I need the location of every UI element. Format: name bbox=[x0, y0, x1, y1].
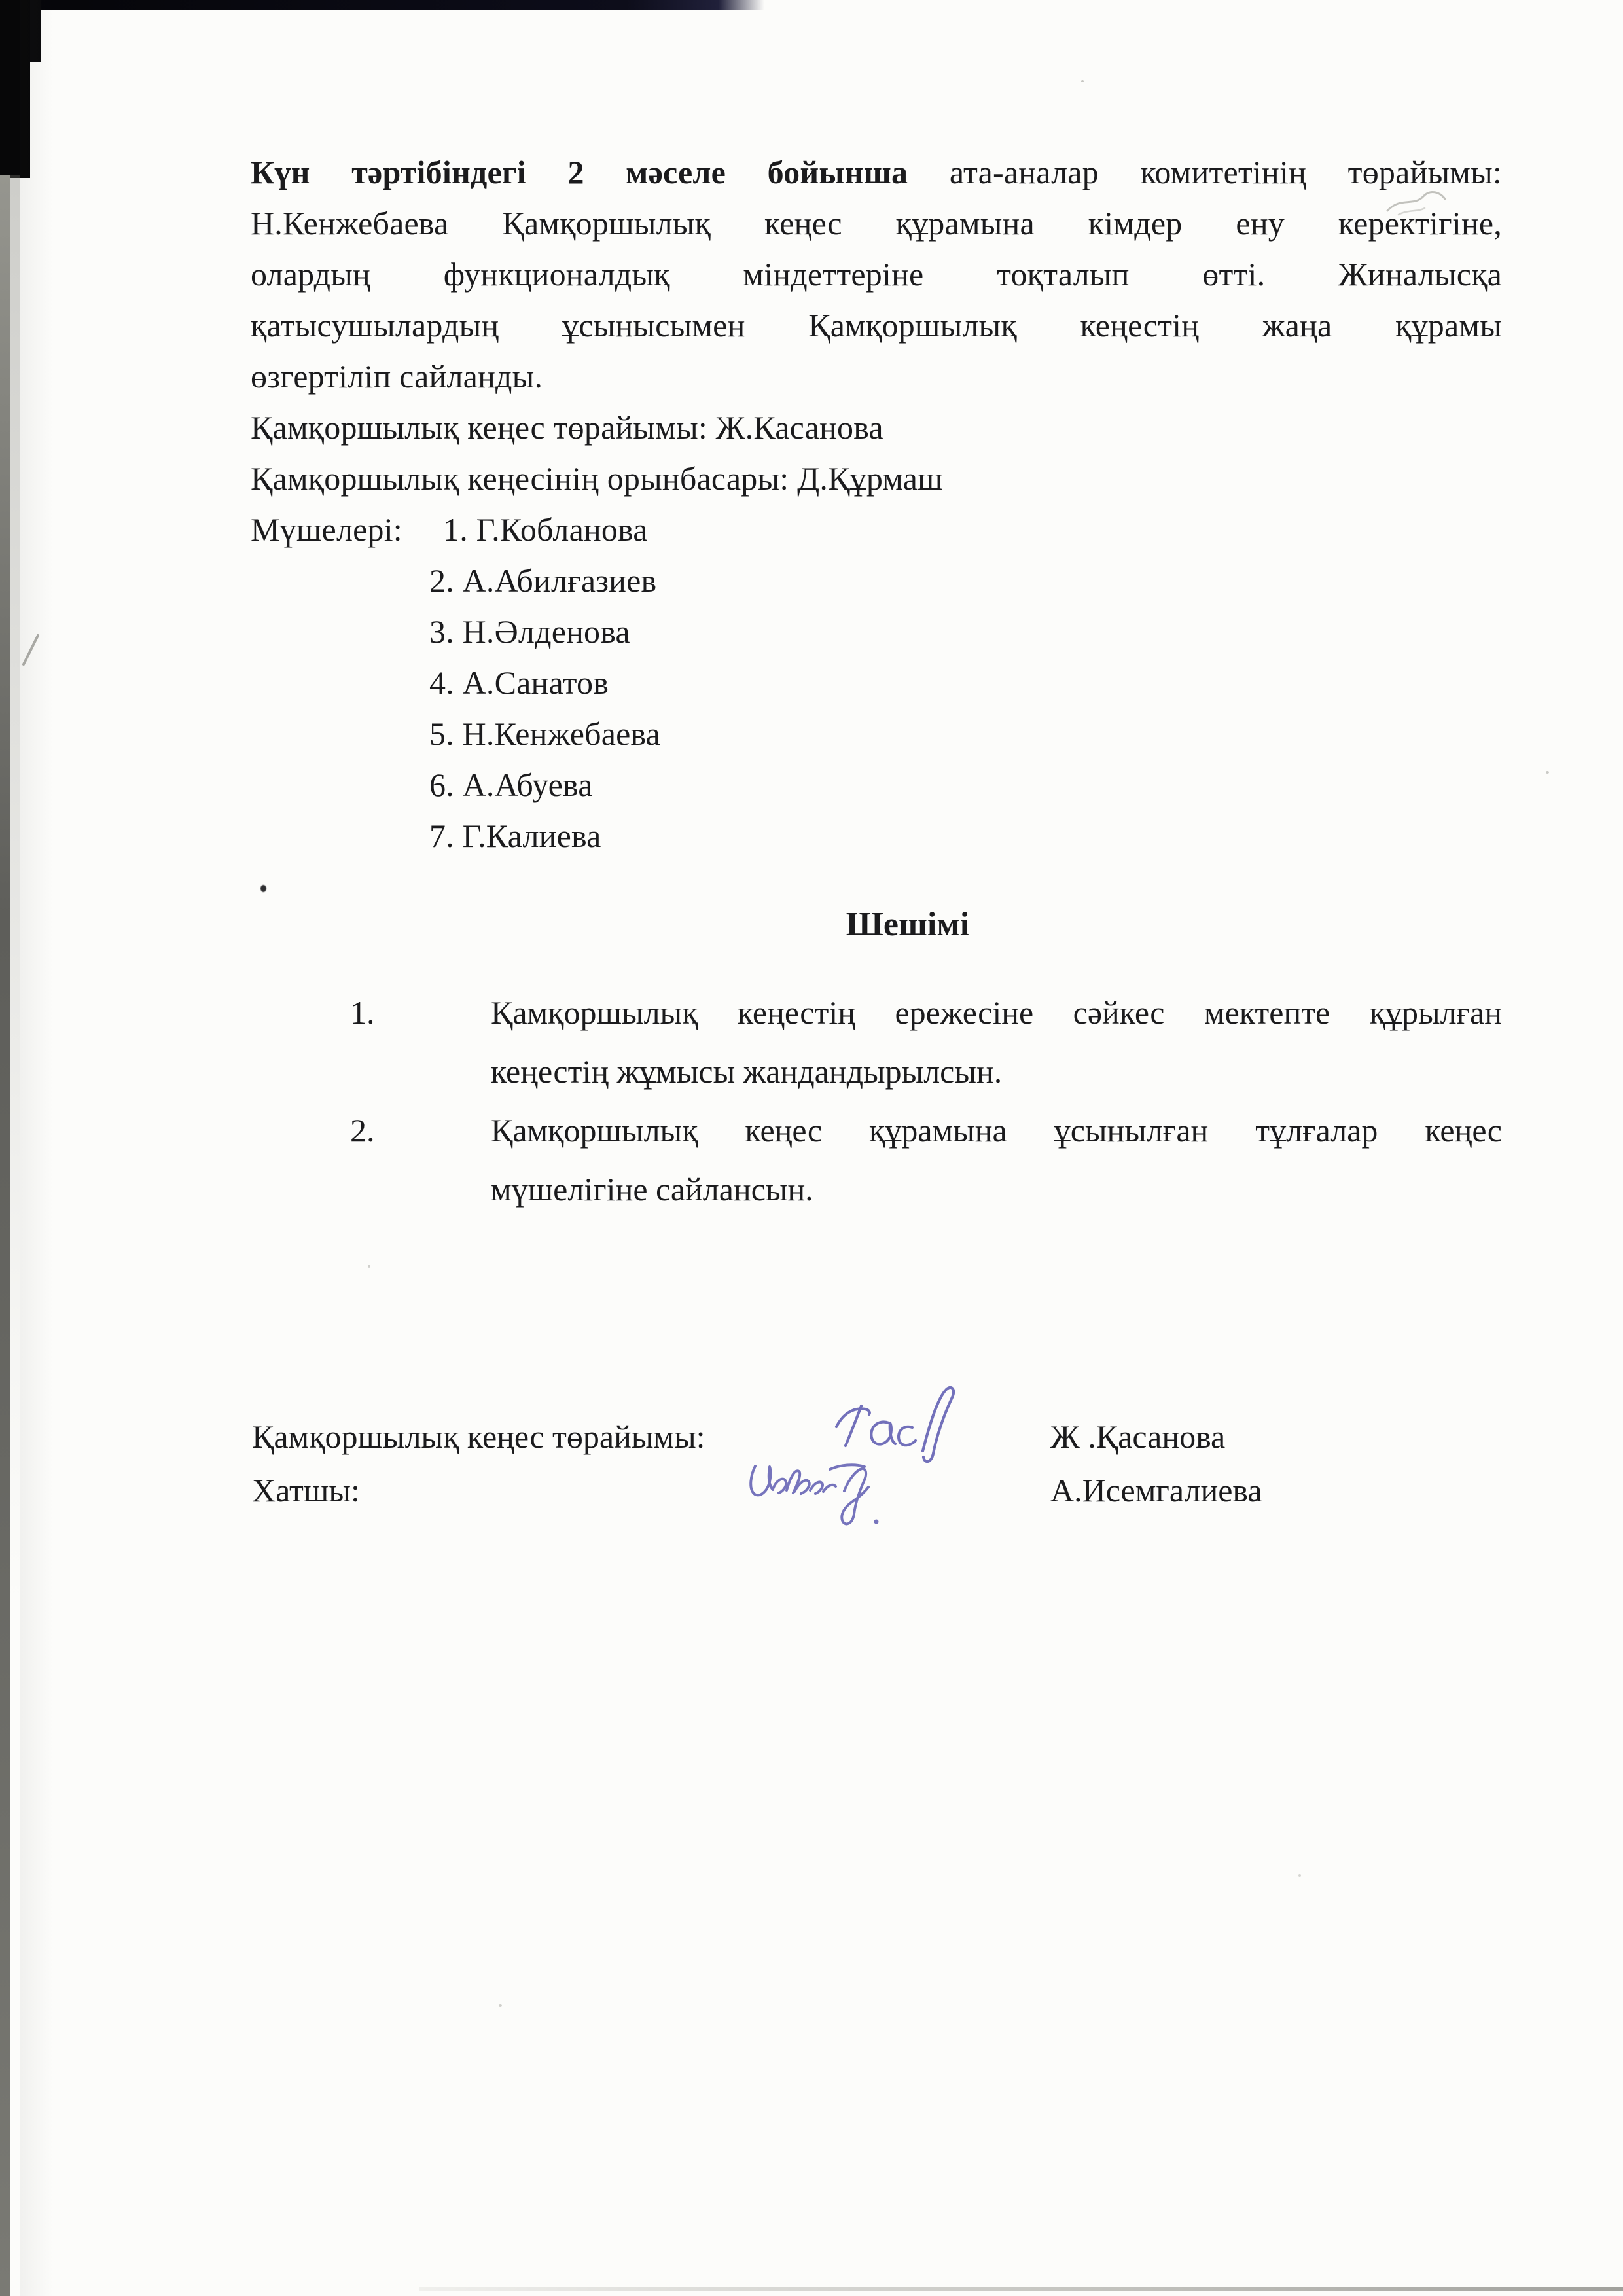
member-item: 4. А.Санатов bbox=[429, 657, 1502, 708]
secretary-signature-label: Хатшы: bbox=[252, 1463, 705, 1517]
paragraph-text: ата-аналар комитетінің төрайымы: bbox=[908, 154, 1502, 190]
scan-artifact-left-shade bbox=[20, 0, 53, 2296]
paragraph-line: Н.Кенжебаева Қамқоршылық кеңес құрамына … bbox=[251, 198, 1502, 249]
scan-speck bbox=[1546, 771, 1549, 774]
scan-artifact-left-edge bbox=[0, 175, 10, 2296]
members-heading-line: Мүшелері:1. Г.Кобланова bbox=[251, 504, 1502, 555]
scan-speck bbox=[1298, 1874, 1301, 1877]
decision-heading: Шешімі bbox=[282, 906, 1533, 944]
decision-text-line: мүшелігіне сайлансын. bbox=[491, 1160, 1502, 1219]
secretary-name: А.Исемгалиева bbox=[1050, 1463, 1262, 1517]
scan-artifact-left-edge bbox=[10, 175, 20, 1615]
decision-item: 1. Қамқоршылық кеңестің ережесіне сәйкес… bbox=[350, 983, 1502, 1101]
decision-list: 1. Қамқоршылық кеңестің ережесіне сәйкес… bbox=[350, 983, 1502, 1219]
member-item: 6. А.Абуева bbox=[429, 759, 1502, 810]
secretary-handwritten-signature bbox=[746, 1437, 904, 1533]
decision-number: 2. bbox=[350, 1101, 375, 1160]
member-item: 5. Н.Кенжебаева bbox=[429, 708, 1502, 759]
signature-names: Ж .Қасанова А.Исемгалиева bbox=[1050, 1410, 1262, 1517]
council-deputy-line: Қамқоршылық кеңесінің орынбасары: Д.Құрм… bbox=[251, 453, 1502, 504]
members-label: Мүшелері: bbox=[251, 504, 443, 555]
member-item: 3. Н.Әлденова bbox=[429, 606, 1502, 657]
council-chair-line: Қамқоршылық кеңес төрайымы: Ж.Касанова bbox=[251, 402, 1502, 453]
agenda-bold-lead: Күн тәртібіндегі 2 мәселе бойынша bbox=[251, 154, 908, 190]
chair-name: Ж .Қасанова bbox=[1050, 1410, 1262, 1463]
pencil-slash-mark bbox=[18, 632, 45, 671]
decision-item: 2. Қамқоршылық кеңес құрамына ұсынылған … bbox=[350, 1101, 1502, 1219]
decision-number: 1. bbox=[350, 983, 375, 1042]
paragraph-line: өзгертіліп сайланды. bbox=[251, 351, 1502, 402]
secretary-signature-strokes bbox=[751, 1465, 878, 1524]
decision-text-line: кеңестің жұмысы жандандырылсын. bbox=[491, 1042, 1502, 1101]
member-item: 2. А.Абилғазиев bbox=[429, 555, 1502, 606]
scan-speck bbox=[1081, 80, 1084, 82]
scan-speck bbox=[499, 2004, 502, 2007]
member-item: 7. Г.Калиева bbox=[429, 810, 1502, 861]
scan-artifact-top-band bbox=[0, 0, 764, 10]
ink-dot-artifact bbox=[260, 885, 266, 892]
decision-text-line: Қамқоршылық кеңес құрамына ұсынылған тұл… bbox=[491, 1101, 1502, 1160]
decision-text: Қамқоршылық кеңестің ережесіне сәйкес ме… bbox=[491, 983, 1502, 1101]
decision-text: Қамқоршылық кеңес құрамына ұсынылған тұл… bbox=[491, 1101, 1502, 1219]
scan-artifact-bottom-edge bbox=[419, 2287, 1623, 2291]
paragraph-line: олардың функционалдық міндеттеріне тоқта… bbox=[251, 249, 1502, 300]
paragraph-line: қатысушылардың ұсынысымен Қамқоршылық ке… bbox=[251, 300, 1502, 351]
signature-labels: Қамқоршылық кеңес төрайымы: Хатшы: bbox=[252, 1410, 705, 1517]
document-body: Күн тәртібіндегі 2 мәселе бойынша ата-ан… bbox=[251, 147, 1502, 861]
decision-text-line: Қамқоршылық кеңестің ережесіне сәйкес ме… bbox=[491, 983, 1502, 1042]
paragraph-line: Күн тәртібіндегі 2 мәселе бойынша ата-ан… bbox=[251, 147, 1502, 198]
chair-signature-label: Қамқоршылық кеңес төрайымы: bbox=[252, 1410, 705, 1463]
scan-speck bbox=[368, 1265, 370, 1268]
member-item: 1. Г.Кобланова bbox=[443, 511, 648, 548]
scanned-document-page: Күн тәртібіндегі 2 мәселе бойынша ата-ан… bbox=[0, 0, 1623, 2296]
